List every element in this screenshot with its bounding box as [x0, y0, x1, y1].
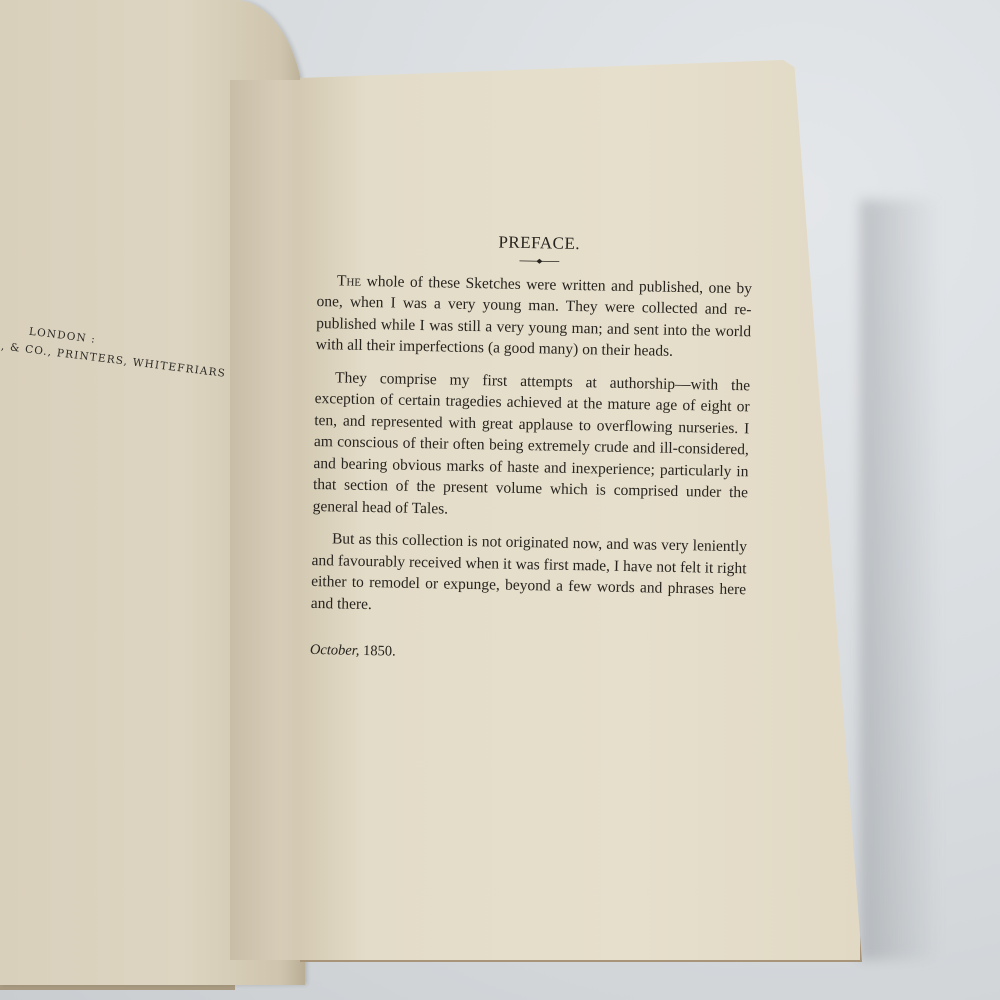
- rule-diamond-ornament-icon: [519, 255, 559, 266]
- book-shadow: [860, 200, 940, 960]
- preface-paragraph-1: The whole of these Sketches were written…: [316, 269, 753, 363]
- drop-lead-word: The: [337, 272, 361, 289]
- imprint-city: LONDON :: [28, 326, 96, 346]
- preface-paragraph-2: They comprise my first attempts at autho…: [312, 366, 750, 525]
- date-month: October,: [310, 642, 360, 659]
- imprint-printers: ', & CO., PRINTERS, WHITEFRIARS: [0, 340, 227, 380]
- preface-paragraph-3: But as this collection is not originated…: [311, 528, 748, 622]
- preface-text: PREFACE. The whole of these Sketches wer…: [310, 228, 753, 670]
- paragraph-text: whole of these Sketches were written and…: [316, 272, 752, 359]
- date-year: 1850.: [359, 643, 396, 660]
